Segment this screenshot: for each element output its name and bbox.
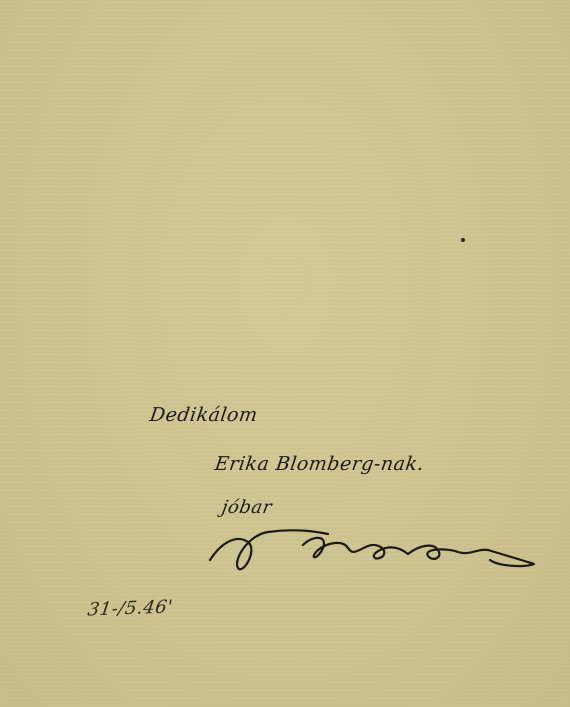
date-notation: 31-/5.46' <box>86 597 174 621</box>
recipient-name: Erika Blomberg-nak. <box>213 453 425 475</box>
dedication-line: Dedikálom <box>148 404 259 426</box>
inscription-line-3: jóbar <box>220 497 273 518</box>
signature <box>208 520 538 580</box>
document-page: Dedikálom Erika Blomberg-nak. jóbar 31-/… <box>0 0 570 707</box>
ink-speck <box>461 238 465 242</box>
